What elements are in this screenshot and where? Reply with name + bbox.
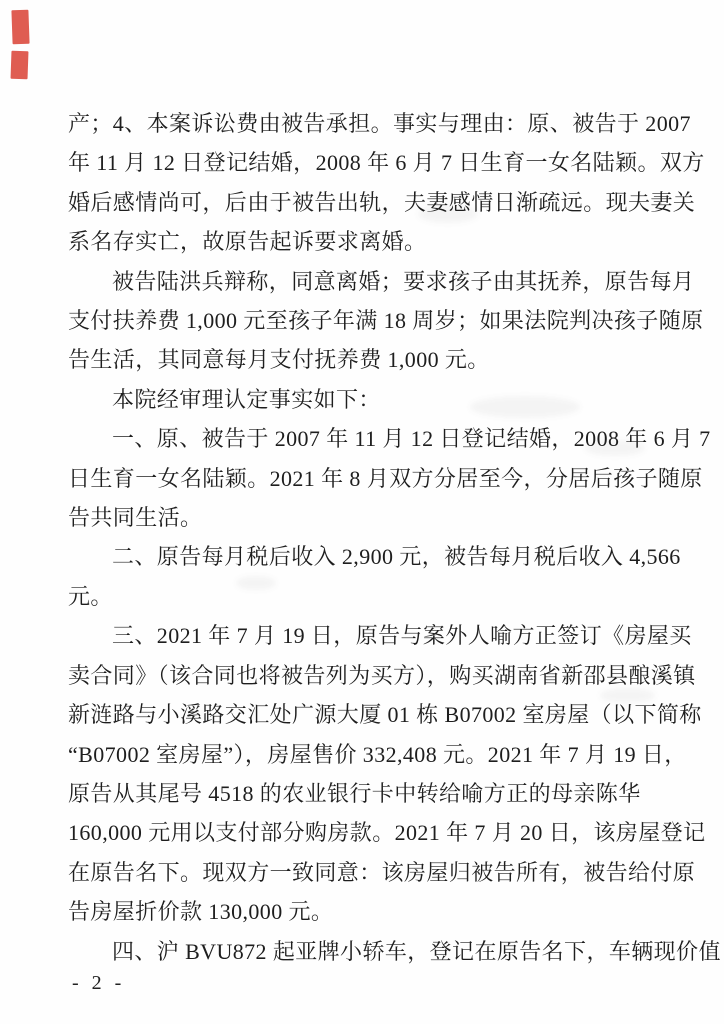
text-line: 本院经审理认定事实如下： — [68, 380, 664, 419]
text-line: 原告从其尾号 4518 的农业银行卡中转给喻方正的母亲陈华 — [68, 774, 664, 813]
text-line: 告生活，其同意每月支付抚养费 1,000 元。 — [68, 340, 664, 379]
text-line: 三、2021 年 7 月 19 日，原告与案外人喻方正签订《房屋买 — [68, 616, 664, 655]
judgment-body-text: 产；4、本案诉讼费由被告承担。事实与理由：原、被告于 2007 年 11 月 1… — [68, 104, 664, 971]
text-line: 二、原告每月税后收入 2,900 元，被告每月税后收入 4,566 — [68, 537, 664, 576]
paragraph-court-findings-intro: 本院经审理认定事实如下： — [68, 380, 664, 419]
document-page: 产；4、本案诉讼费由被告承担。事实与理由：原、被告于 2007 年 11 月 1… — [0, 0, 724, 1024]
text-line: 日生育一女名陆颖。2021 年 8 月双方分居至今，分居后孩子随原 — [68, 459, 664, 498]
text-line: 支付扶养费 1,000 元至孩子年满 18 周岁；如果法院判决孩子随原 — [68, 301, 664, 340]
page-number: - 2 - — [72, 972, 125, 995]
text-line: “B07002 室房屋”），房屋售价 332,408 元。2021 年 7 月 … — [68, 735, 664, 774]
text-line: 一、原、被告于 2007 年 11 月 12 日登记结婚，2008 年 6 月 … — [68, 419, 664, 458]
paragraph-finding-2: 二、原告每月税后收入 2,900 元，被告每月税后收入 4,566 元。 — [68, 537, 664, 616]
red-stamp-mark-bottom — [11, 51, 29, 80]
text-line: 四、沪 BVU872 起亚牌小轿车，登记在原告名下，车辆现价值 — [68, 932, 664, 971]
paragraph-finding-3: 三、2021 年 7 月 19 日，原告与案外人喻方正签订《房屋买 卖合同》（该… — [68, 616, 664, 931]
text-line: 在原告名下。现双方一致同意：该房屋归被告所有，被告给付原 — [68, 853, 664, 892]
text-line: 元。 — [68, 577, 664, 616]
text-line: 卖合同》（该合同也将被告列为买方），购买湖南省新邵县酿溪镇 — [68, 656, 664, 695]
paragraph-claims-and-facts: 产；4、本案诉讼费由被告承担。事实与理由：原、被告于 2007 年 11 月 1… — [68, 104, 664, 262]
text-line: 系名存实亡，故原告起诉要求离婚。 — [68, 222, 664, 261]
paragraph-defendant-reply: 被告陆洪兵辩称，同意离婚；要求孩子由其抚养，原告每月 支付扶养费 1,000 元… — [68, 262, 664, 380]
text-line: 告共同生活。 — [68, 498, 664, 537]
text-line: 被告陆洪兵辩称，同意离婚；要求孩子由其抚养，原告每月 — [68, 262, 664, 301]
red-stamp-mark-top — [11, 10, 29, 45]
text-line: 告房屋折价款 130,000 元。 — [68, 892, 664, 931]
text-line: 160,000 元用以支付部分购房款。2021 年 7 月 20 日，该房屋登记 — [68, 813, 664, 852]
paragraph-finding-1: 一、原、被告于 2007 年 11 月 12 日登记结婚，2008 年 6 月 … — [68, 419, 664, 537]
text-line: 新涟路与小溪路交汇处广源大厦 01 栋 B07002 室房屋（以下简称 — [68, 695, 664, 734]
text-line: 婚后感情尚可，后由于被告出轨，夫妻感情日渐疏远。现夫妻关 — [68, 183, 664, 222]
text-line: 年 11 月 12 日登记结婚，2008 年 6 月 7 日生育一女名陆颖。双方 — [68, 143, 664, 182]
text-line: 产；4、本案诉讼费由被告承担。事实与理由：原、被告于 2007 — [68, 104, 664, 143]
paragraph-finding-4: 四、沪 BVU872 起亚牌小轿车，登记在原告名下，车辆现价值 — [68, 932, 664, 971]
